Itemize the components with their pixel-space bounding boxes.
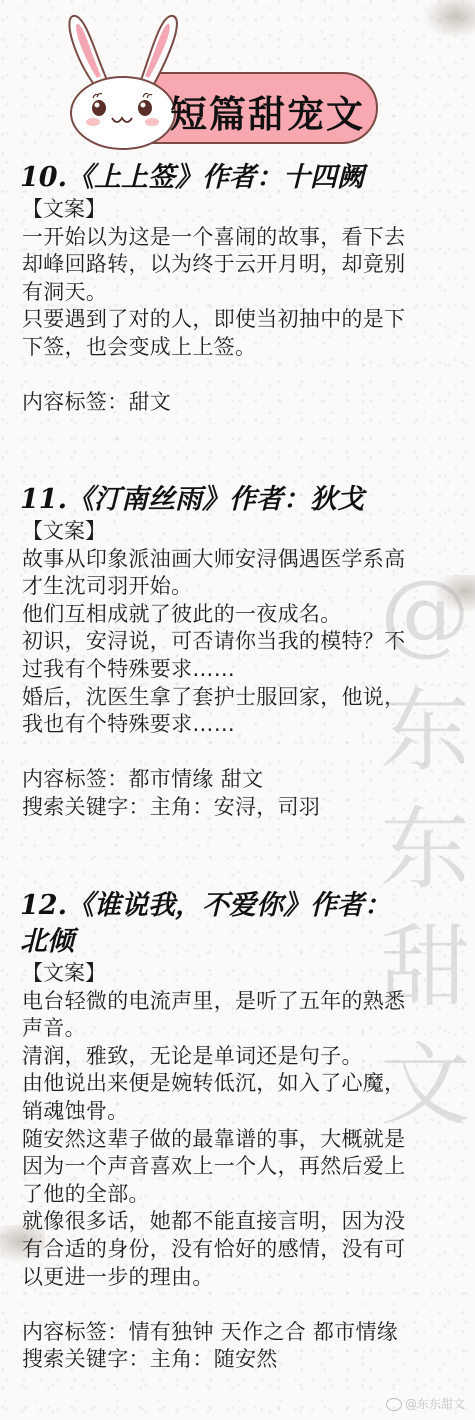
synopsis-line: 销魂蚀骨。: [22, 1098, 462, 1126]
weibo-watermark: @东东甜文: [386, 1395, 465, 1412]
banner-title: 短篇甜宠文: [170, 84, 365, 138]
synopsis-line: 因为一个声音喜欢上一个人，再然后爱上: [22, 1153, 462, 1181]
synopsis-line: 有合适的身份，没有恰好的感情，没有可: [22, 1236, 462, 1264]
weibo-handle: @东东甜文: [405, 1397, 465, 1411]
synopsis-line: 清润，雅致，无论是单词还是句子。: [22, 1043, 462, 1071]
synopsis-line: 一开始以为这是一个喜闹的故事，看下去: [22, 224, 462, 252]
book-entry-10: 10.《上上签》作者：十四阙 【文案】 一开始以为这是一个喜闹的故事，看下去 却…: [22, 160, 462, 417]
spacer: [22, 362, 462, 390]
synopsis-line: 随安然这辈子做的最靠谱的事，大概就是: [22, 1126, 462, 1154]
synopsis-line: 下签，也会变成上上签。: [22, 334, 462, 362]
synopsis-line: 他们互相成就了彼此的一夜成名。: [22, 601, 462, 629]
book-title: 12.《谁说我，不爱你》作者：: [20, 888, 462, 924]
book-title: 10.《上上签》作者：十四阙: [20, 160, 462, 196]
synopsis-line: 只要遇到了对的人，即使当初抽中的是下: [22, 306, 462, 334]
content-tags: 内容标签：都市情缘 甜文: [22, 766, 462, 794]
spacer: [22, 739, 462, 767]
synopsis-line: 由他说出来便是婉转低沉，如入了心魔，: [22, 1070, 462, 1098]
weibo-logo-icon: [386, 1398, 402, 1411]
book-entry-11: 11.《汀南丝雨》作者：狄戈 【文案】 故事从印象派油画大师安浔偶遇医学系高 才…: [22, 482, 462, 822]
book-entry-12: 12.《谁说我，不爱你》作者： 北倾 【文案】 电台轻微的电流声里，是听了五年的…: [22, 888, 462, 1374]
search-keywords: 搜索关键字：主角：随安然: [22, 1346, 462, 1374]
content-tags: 内容标签：情有独钟 天作之合 都市情缘: [22, 1319, 462, 1347]
synopsis-line: 就像很多话，她都不能直接言明，因为没: [22, 1208, 462, 1236]
synopsis-line: 了他的全部。: [22, 1181, 462, 1209]
synopsis-label: 【文案】: [22, 196, 462, 224]
bunny-mascot-icon: [55, 8, 185, 150]
synopsis-line: 电台轻微的电流声里，是听了五年的熟悉: [22, 988, 462, 1016]
synopsis-line: 婚后，沈医生拿了套护士服回家，他说，: [22, 684, 462, 712]
synopsis-line: 我也有个特殊要求……: [22, 711, 462, 739]
synopsis-line: 才生沈司羽开始。: [22, 573, 462, 601]
synopsis-line: 初识，安浔说，可否请你当我的模特？不: [22, 628, 462, 656]
synopsis-label: 【文案】: [22, 960, 462, 988]
content-tags: 内容标签：甜文: [22, 389, 462, 417]
search-keywords: 搜索关键字：主角：安浔，司羽: [22, 794, 462, 822]
synopsis-line: 却峰回路转，以为终于云开月明，却竟别: [22, 251, 462, 279]
synopsis-line: 故事从印象派油画大师安浔偶遇医学系高: [22, 546, 462, 574]
book-author: 北倾: [20, 924, 462, 960]
header-banner: 短篇甜宠文: [0, 0, 475, 155]
synopsis-line: 有洞天。: [22, 279, 462, 307]
spacer: [22, 1291, 462, 1319]
synopsis-label: 【文案】: [22, 518, 462, 546]
book-title: 11.《汀南丝雨》作者：狄戈: [20, 482, 462, 518]
synopsis-line: 声音。: [22, 1015, 462, 1043]
synopsis-line: 以更进一步的理由。: [22, 1264, 462, 1292]
synopsis-line: 过我有个特殊要求……: [22, 656, 462, 684]
